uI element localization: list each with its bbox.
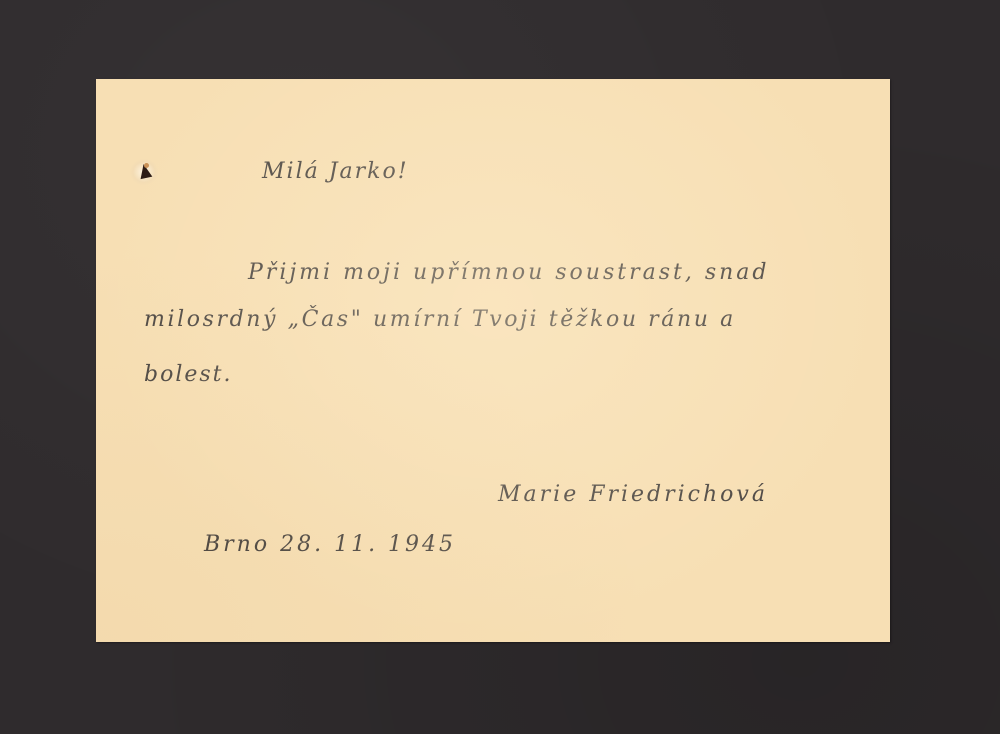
body-line-1: Přijmi moji upřímnou soustrast, snad	[248, 262, 770, 284]
body-line-3: bolest.	[144, 364, 233, 386]
condolence-card: Milá Jarko! Přijmi moji upřímnou soustra…	[96, 79, 890, 642]
punch-hole-damage	[130, 159, 158, 185]
salutation: Milá Jarko!	[262, 161, 409, 183]
place-and-date: Brno 28. 11. 1945	[204, 534, 456, 556]
body-line-2: milosrdný „Čas" umírní Tvoji těžkou ránu…	[144, 309, 736, 331]
signature: Marie Friedrichová	[498, 484, 768, 506]
